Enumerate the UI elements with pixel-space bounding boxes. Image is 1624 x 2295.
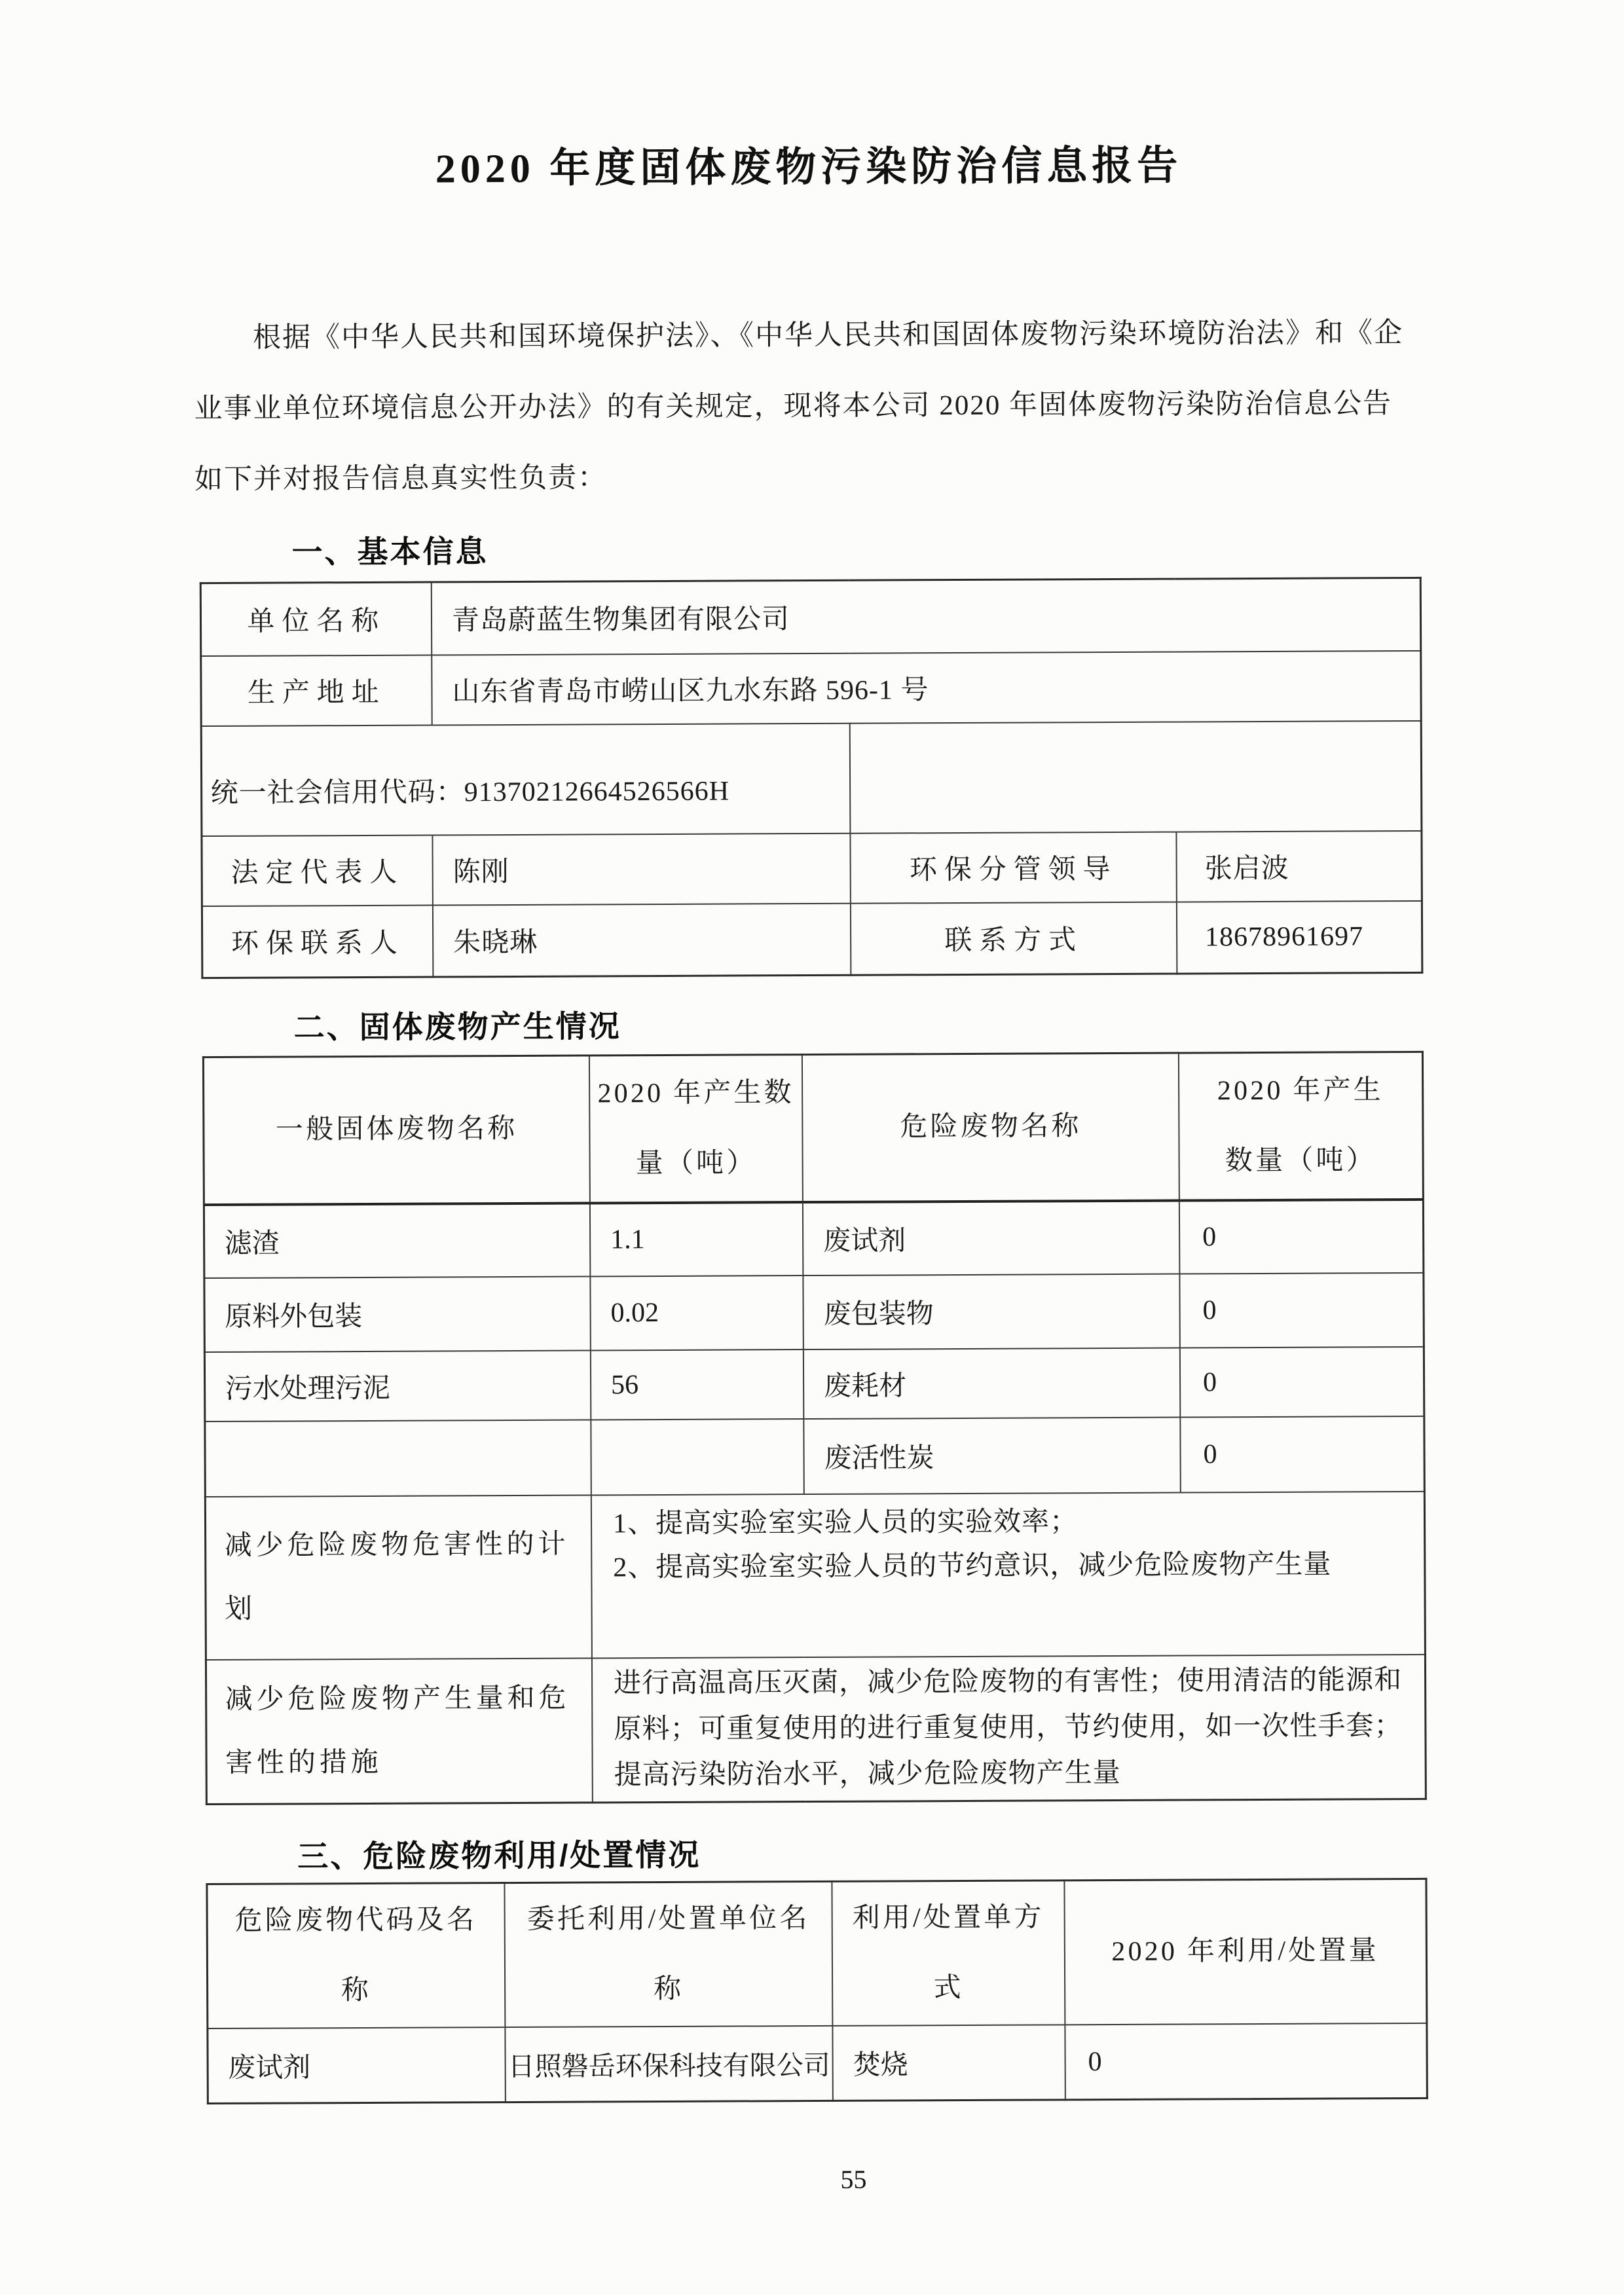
general-waste-name: 滤渣: [204, 1203, 590, 1278]
intro-line-2: 业事业单位环境信息公开办法》的有关规定，现将本公司 2020 年固体废物污染防治…: [194, 369, 1425, 445]
hazard-waste-qty: 0: [1179, 1199, 1423, 1274]
empty-cell: [204, 1420, 591, 1497]
env-leader-value: 张启波: [1176, 830, 1421, 902]
hazard-qty-header: 2020 年产生 数量（吨）: [1179, 1052, 1423, 1200]
general-waste-qty: 1.1: [590, 1202, 803, 1276]
env-leader-label: 环保分管领导: [850, 832, 1176, 903]
table-row: 统一社会信用代码：91370212664526566H: [202, 720, 1422, 835]
header-line: 称: [208, 1955, 504, 2027]
measures-line: 原料；可重复使用的进行重复使用，节约使用，如一次性手套；: [614, 1704, 1414, 1753]
waste-generation-table: 一般固体废物名称 2020 年产生数 量（吨） 危险废物名称 2020 年产生 …: [202, 1051, 1426, 1805]
unit-name-value: 青岛蔚蓝生物集团有限公司: [432, 578, 1421, 655]
hazard-waste-name: 废包装物: [803, 1274, 1179, 1349]
table-row: 废活性炭 0: [204, 1416, 1424, 1496]
disposal-method-header: 利用/处置单方 式: [832, 1881, 1065, 2026]
header-line: 2020 年产生数: [590, 1058, 802, 1129]
unit-name-label: 单位名称: [201, 582, 432, 656]
table-row: 原料外包装 0.02 废包装物 0: [204, 1272, 1423, 1351]
measures-line: 提高污染防治水平，减少危险废物产生量: [614, 1750, 1414, 1799]
header-line: 2020 年利用/处置量: [1065, 1916, 1426, 1987]
table-row: 减少危险废物危害性的计 划 1、提高实验室实验人员的实验效率； 2、提高实验室实…: [205, 1491, 1425, 1659]
hazardous-disposal-table: 危险废物代码及名 称 委托利用/处置单位名 称 利用/处置单方 式 2020 年…: [206, 1878, 1428, 2104]
reduction-measures-content: 进行高温高压灭菌，减少危险废物的有害性；使用清洁的能源和 原料；可重复使用的进行…: [592, 1654, 1426, 1803]
general-qty-header: 2020 年产生数 量（吨）: [589, 1055, 803, 1203]
plan-line: 1、提高实验室实验人员的实验效率；: [613, 1499, 1413, 1547]
table-row: 污水处理污泥 56 废耗材 0: [204, 1346, 1424, 1421]
reduction-measures-label: 减少危险废物产生量和危 害性的措施: [206, 1658, 593, 1805]
header-line: 量（吨）: [590, 1128, 802, 1200]
disposal-method: 焚烧: [832, 2025, 1065, 2101]
disposal-qty: 0: [1065, 2023, 1426, 2099]
disposal-qty-header: 2020 年利用/处置量: [1064, 1879, 1426, 2024]
env-contact-label: 环保联系人: [202, 905, 433, 978]
credit-code-cell: 统一社会信用代码：91370212664526566H: [202, 723, 851, 835]
header-line: 利用/处置单方: [832, 1882, 1063, 1954]
header-row: 危险废物代码及名 称 委托利用/处置单位名 称 利用/处置单方 式 2020 年…: [206, 1879, 1426, 2028]
empty-cell: [850, 720, 1422, 833]
label-line: 减少危险废物危害性的计: [224, 1513, 591, 1578]
general-waste-qty: 0.02: [590, 1276, 803, 1350]
intro-line-1: 根据《中华人民共和国环境保护法》、《中华人民共和国固体废物污染环境防治法》和《企: [194, 298, 1425, 374]
hazard-waste-qty: 0: [1180, 1346, 1424, 1417]
header-line: 2020 年产生: [1179, 1056, 1422, 1127]
label-line: 减少危险废物产生量和危: [225, 1667, 591, 1732]
table-row: 减少危险废物产生量和危 害性的措施 进行高温高压灭菌，减少危险废物的有害性；使用…: [206, 1654, 1426, 1804]
intro-line-3: 如下并对报告信息真实性负责：: [194, 439, 1426, 515]
hazard-waste-name: 废耗材: [803, 1348, 1180, 1419]
general-waste-name: 原料外包装: [204, 1276, 590, 1352]
header-line: 式: [833, 1953, 1064, 2024]
table-row: 环保联系人 朱晓琳 联系方式 18678961697: [202, 900, 1422, 978]
label-line: 划: [225, 1576, 591, 1641]
legal-rep-value: 陈刚: [432, 833, 850, 905]
hazard-waste-qty: 0: [1179, 1272, 1423, 1348]
hazard-waste-qty: 0: [1180, 1416, 1424, 1492]
entrusted-unit-header: 委托利用/处置单位名 称: [504, 1881, 832, 2027]
header-line: 一般固体废物名称: [204, 1094, 589, 1166]
legal-rep-label: 法定代表人: [202, 835, 432, 906]
hazard-reduction-plan-label: 减少危险废物危害性的计 划: [205, 1495, 592, 1660]
general-waste-name-header: 一般固体废物名称: [203, 1056, 590, 1205]
hazard-waste-name-header: 危险废物名称: [802, 1053, 1179, 1202]
intro-paragraph: 根据《中华人民共和国环境保护法》、《中华人民共和国固体废物污染环境防治法》和《企…: [194, 298, 1426, 515]
hazard-waste-name: 废活性炭: [803, 1417, 1180, 1494]
waste-code-name: 废试剂: [207, 2027, 505, 2104]
header-line: 数量（吨）: [1179, 1126, 1422, 1197]
empty-cell: [591, 1419, 803, 1495]
env-contact-value: 朱晓琳: [433, 903, 851, 977]
section-heading-generation: 二、固体废物产生情况: [197, 999, 1428, 1048]
header-line: 危险废物代码及名: [208, 1885, 504, 1956]
table-row: 废试剂 日照磐岳环保科技有限公司 焚烧 0: [207, 2023, 1426, 2103]
header-line: 委托利用/处置单位名: [505, 1884, 831, 1955]
waste-code-name-header: 危险废物代码及名 称: [206, 1883, 505, 2029]
measures-line: 进行高温高压灭菌，减少危险废物的有害性；使用清洁的能源和: [614, 1658, 1414, 1707]
table-row: 生产地址 山东省青岛市崂山区九水东路 596-1 号: [201, 650, 1420, 725]
entrusted-unit: 日照磐岳环保科技有限公司: [505, 2025, 832, 2102]
header-line: 称: [506, 1954, 832, 2025]
header-line: 危险废物名称: [803, 1092, 1178, 1164]
contact-value: 18678961697: [1177, 900, 1422, 974]
table-row: 滤渣 1.1 废试剂 0: [204, 1199, 1423, 1277]
plan-line: 2、提高实验室实验人员的节约意识，减少危险废物产生量: [613, 1543, 1413, 1590]
header-row: 一般固体废物名称 2020 年产生数 量（吨） 危险废物名称 2020 年产生 …: [203, 1052, 1423, 1204]
label-line: 害性的措施: [225, 1730, 592, 1795]
general-waste-qty: 56: [591, 1349, 803, 1420]
table-row: 法定代表人 陈刚 环保分管领导 张启波: [202, 830, 1421, 906]
hazard-reduction-plan-content: 1、提高实验室实验人员的实验效率； 2、提高实验室实验人员的节约意识，减少危险废…: [591, 1491, 1425, 1658]
contact-label: 联系方式: [851, 902, 1177, 975]
general-waste-name: 污水处理污泥: [204, 1350, 591, 1422]
address-value: 山东省青岛市崂山区九水东路 596-1 号: [432, 650, 1420, 725]
basic-info-table: 单位名称 青岛蔚蓝生物集团有限公司 生产地址 山东省青岛市崂山区九水东路 596…: [200, 577, 1423, 979]
hazard-waste-name: 废试剂: [803, 1200, 1179, 1276]
section-heading-basic-info: 一、基本信息: [194, 523, 1426, 572]
page-number: 55: [5, 2161, 1624, 2199]
report-title: 2020 年度固体废物污染防治信息报告: [193, 132, 1424, 195]
document-page: 2020 年度固体废物污染防治信息报告 根据《中华人民共和国环境保护法》、《中华…: [0, 0, 1624, 2295]
address-label: 生产地址: [201, 655, 432, 726]
table-row: 单位名称 青岛蔚蓝生物集团有限公司: [201, 578, 1420, 655]
section-heading-disposal: 三、危险废物利用/处置情况: [200, 1827, 1431, 1877]
